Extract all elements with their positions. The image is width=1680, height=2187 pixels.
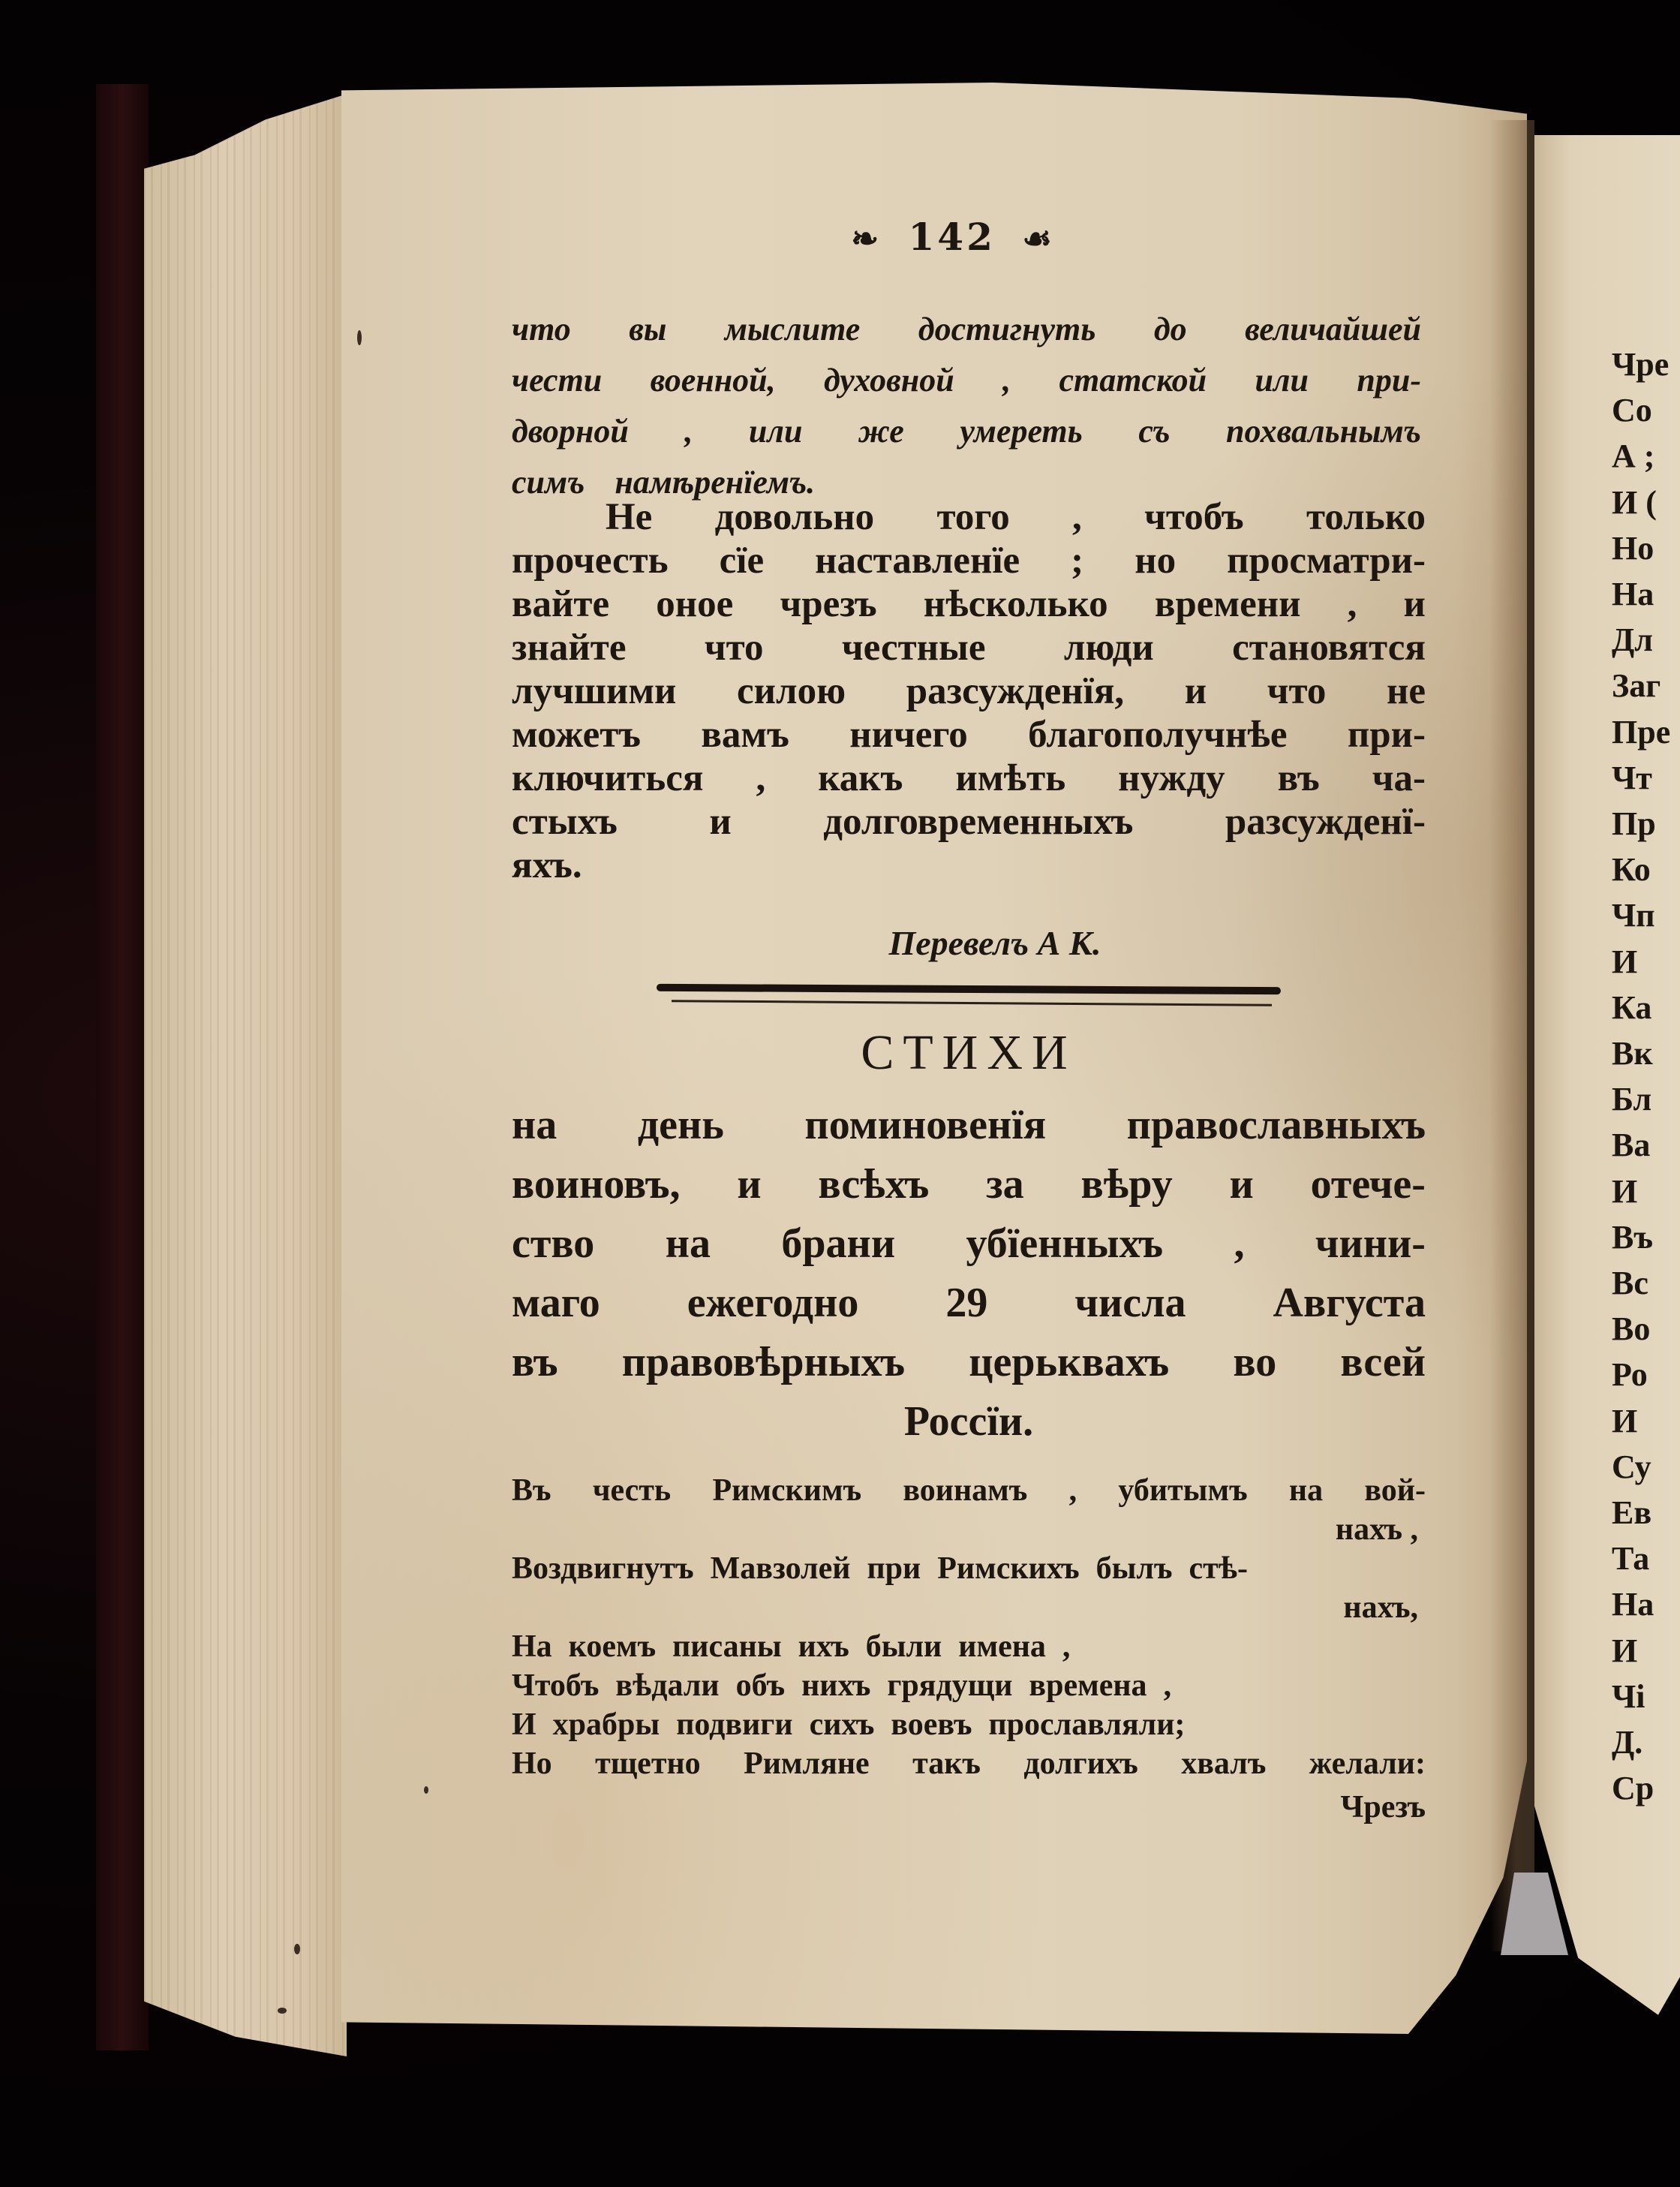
word: Римляне [744,1744,870,1783]
word: за [986,1155,1024,1214]
word: чрезъ [780,582,876,626]
text-line: магоежегодно29числаАвгуста [512,1274,1426,1333]
right-page-line: Та [1612,1536,1680,1581]
translator-signature: Перевелъ А К. [512,923,1426,963]
right-page-line: Пре [1612,709,1680,755]
word: стѣ- [1189,1549,1247,1588]
word: подвиги [676,1705,792,1744]
word: вой- [1364,1471,1426,1510]
word: дворной [512,406,629,457]
word: вѣру [1080,1155,1172,1214]
text-line: наденьпоминовенïяправославныхъ [512,1096,1426,1155]
word: и [1185,669,1207,713]
word: убïенныхъ [966,1214,1163,1274]
text-line: Россïи. [512,1392,1426,1451]
text-line: воиновъ,ивсѣхъзавѣруиотече- [512,1155,1426,1214]
word: до [1154,304,1187,355]
right-page-line: Чре [1612,341,1680,387]
paper-speck [294,1944,300,1954]
word: на [666,1214,711,1274]
verse-line: Ихрабрыподвигисихъвоевъпрославляли; [512,1705,1426,1744]
text-line: дворной,илижеумеретьсъпохвальнымъ [512,406,1421,457]
body-paragraph: Недовольнотого,чтобътолькопрочестьсïенас… [512,495,1426,887]
word: ча- [1372,757,1426,800]
word: разсужденï- [1225,800,1426,844]
word: , [1072,495,1082,539]
word: похвальнымъ [1226,406,1421,457]
word: оное [656,582,733,626]
text-line: Недовольнотого,чтобътолько [512,495,1426,539]
word: военной, [651,355,776,406]
word: что [705,626,764,669]
word: день [638,1096,724,1155]
right-page-line: Со [1612,387,1680,433]
word: времена [1029,1666,1147,1705]
section-title: СТИХИ [512,1024,1426,1081]
word: того [936,495,1009,539]
page-number: 142 [909,215,996,259]
right-page-line: Ро [1612,1352,1680,1397]
word: , [1164,1666,1172,1705]
text-line: знайтечточестныелюдистановятся [512,626,1426,669]
verse-line-wrap: нахъ , [512,1510,1426,1549]
text-line: прочестьсïенаставленïе;нопросматри- [512,539,1426,582]
word: Римскимъ [712,1471,861,1510]
text-line: лучшимисилоюразсужденïя,ичтоне [512,669,1426,713]
word: духовной [824,355,954,406]
text-line: ключиться,какъимѣтьнуждувъча- [512,757,1426,800]
word: коемъ [569,1627,656,1666]
word: объ [736,1666,785,1705]
paper-speck [357,330,362,345]
book-cover-edge [96,84,149,2050]
right-page-line: Чі [1612,1674,1680,1719]
gutter-shadow [1489,120,1534,1951]
word: въ [512,1333,558,1392]
right-page-line: Во [1612,1306,1680,1352]
right-page-line: Бл [1612,1076,1680,1122]
paper-speck [424,1786,428,1794]
word: маго [512,1274,600,1333]
word: ключиться [512,757,703,800]
word: , [1348,582,1357,626]
word: тщетно [595,1744,701,1783]
text-line: чтовымыслитедостигнутьдовеличайшей [512,304,1421,355]
word: , [1069,1471,1077,1510]
word: нихъ [801,1666,870,1705]
word: , [684,406,693,457]
text-line: стыхъидолговременныхъразсужденï- [512,800,1426,844]
right-page-line: Въ [1612,1214,1680,1260]
word: Не [606,495,652,539]
right-page-line: На [1612,1581,1680,1627]
text-line: честивоенной,духовной,статскойилипри- [512,355,1421,406]
right-page-text: ЧреСоА ;И (НоНаДлЗагПреЧтПрКоЧпИКаВкБлВа… [1612,341,1680,1812]
word: какъ [818,757,903,800]
word: поминовенïя [804,1096,1046,1155]
word: чини- [1315,1214,1426,1274]
right-page-line: Вс [1612,1260,1680,1306]
right-page-line: И [1612,1628,1680,1674]
word: благополучнѣе [1028,713,1287,757]
text-line: въправовѣрныхъцерьквахъвовсей [512,1333,1426,1392]
word: долговременныхъ [823,800,1133,844]
word: или [749,406,803,457]
poem-verse: ВъчестьРимскимъвоинамъ,убитымънавой-нахъ… [512,1471,1426,1827]
word: только [1306,495,1426,539]
word: храбры [553,1705,660,1744]
word: сïе [720,539,764,582]
word: величайшей [1245,304,1421,355]
word: Но [512,1744,552,1783]
right-page-line: Д. [1612,1719,1680,1765]
ornament-right-icon: ☙ [1022,220,1054,258]
word: Россïи. [904,1392,1033,1451]
verse-line: Накоемъписаныихъбылиимена, [512,1627,1426,1666]
word: же [858,406,904,457]
word: на [1289,1471,1323,1510]
word: люди [1064,626,1154,669]
word: силою [737,669,846,713]
word: становятся [1232,626,1426,669]
word: что [1267,669,1327,713]
right-page-line: Су [1612,1444,1680,1490]
word: воинамъ [903,1471,1027,1510]
word: воевъ [891,1705,972,1744]
word: но [1135,539,1176,582]
book-scan: ❧ 142 ☙ чтовымыслитедостигнутьдовеличайш… [0,0,1680,2187]
right-page-line: Ка [1612,985,1680,1030]
word: прочесть [512,539,669,582]
word: наставленïе [815,539,1020,582]
word: прославляли; [988,1705,1185,1744]
ornament-left-icon: ❧ [851,220,882,258]
word: ихъ [798,1627,849,1666]
word: сихъ [810,1705,875,1744]
text-line: яхъ. [512,844,1426,887]
word: на [512,1096,557,1155]
word: и [709,800,731,844]
word: лучшими [512,669,676,713]
right-page-line: Чп [1612,892,1680,938]
verse-line: ВоздвигнутъМавзолейприРимскихъбылъстѣ- [512,1549,1426,1588]
word: ство [512,1214,594,1274]
word: числа [1074,1274,1186,1333]
text-line: можетъвамъничегоблагополучнѣепри- [512,713,1426,757]
word: , [1234,1214,1244,1274]
verse-line-wrap: нахъ, [512,1588,1426,1627]
word: статской [1059,355,1207,406]
word: яхъ. [512,844,582,887]
right-page-line: Ко [1612,847,1680,892]
right-page-line: Ев [1612,1490,1680,1536]
page-stack-edges [144,90,347,2056]
catchword: Чрезъ [512,1788,1426,1827]
word: не [1387,669,1426,713]
word: нѣсколько [924,582,1108,626]
word: въ [1278,757,1320,800]
word: были [866,1627,942,1666]
word: 29 [945,1274,987,1333]
word: можетъ [512,713,641,757]
right-page-line: И [1612,1398,1680,1444]
word: воиновъ, [512,1155,681,1214]
word: мыслите [725,304,860,355]
verse-line: ВъчестьРимскимъвоинамъ,убитымънавой- [512,1471,1426,1510]
word: честные [842,626,986,669]
word: и [737,1155,761,1214]
word: убитымъ [1118,1471,1247,1510]
word: , [756,757,765,800]
word: былъ [1096,1549,1173,1588]
word: что [512,304,571,355]
word: вайте [512,582,609,626]
section-subtitle: наденьпоминовенïяправославныхъвоиновъ,ив… [512,1096,1426,1451]
word: знайте [512,626,626,669]
word: стыхъ [512,800,618,844]
word: вамъ [701,713,789,757]
word: И [512,1705,536,1744]
word: правовѣрныхъ [622,1333,905,1392]
word: Августа [1273,1274,1426,1333]
word: при- [1348,713,1426,757]
word: съ [1138,406,1170,457]
right-page-line: Дл [1612,617,1680,663]
word: церьквахъ [969,1333,1169,1392]
word: ; [1071,539,1083,582]
right-page-line: И ( [1612,480,1680,525]
word: всѣхъ [818,1155,929,1214]
word: , [1062,1627,1071,1666]
word: ничего [849,713,968,757]
verse-line: НотщетноРимлянетакъдолгихъхвалъжелали: [512,1744,1426,1783]
word: нужду [1118,757,1225,800]
right-page-line: Чт [1612,755,1680,801]
word: чтобъ [1144,495,1244,539]
word: и [1404,582,1426,626]
word: долгихъ [1023,1744,1138,1783]
text-line: вайтеоноечрезънѣскольковремени,и [512,582,1426,626]
word: вы [629,304,666,355]
word: На [512,1627,552,1666]
word: и [1230,1155,1254,1214]
word: достигнуть [918,304,1096,355]
word: во [1233,1333,1276,1392]
word: вѣдали [615,1666,719,1705]
word: , [1002,355,1011,406]
verse-line: Чтобъвѣдалиобънихъгрядущивремена, [512,1666,1426,1705]
paper-speck [278,2008,287,2014]
word: имена [958,1627,1046,1666]
italic-paragraph: чтовымыслитедостигнутьдовеличайшейчестив… [512,304,1421,508]
right-page-line: Ср [1612,1765,1680,1811]
right-page-line: Пр [1612,801,1680,847]
word: умереть [960,406,1082,457]
word: ежегодно [687,1274,859,1333]
word: грядущи [887,1666,1012,1705]
word: Въ [512,1471,551,1510]
word: писаны [672,1627,782,1666]
word: при [867,1549,921,1588]
word: Мавзолей [711,1549,851,1588]
right-page-line: На [1612,571,1680,617]
word: времени [1155,582,1301,626]
text-line: ствонабраниубïенныхъ,чини- [512,1214,1426,1274]
page-header: ❧ 142 ☙ [795,215,1110,259]
word: такъ [912,1744,981,1783]
right-page-line: Заг [1612,663,1680,708]
word: Римскихъ [937,1549,1079,1588]
right-page-line: И [1612,939,1680,985]
word: или [1255,355,1309,406]
word: довольно [715,495,875,539]
word: отече- [1311,1155,1426,1214]
word: разсужденïя, [906,669,1124,713]
word: чести [512,355,602,406]
word: честь [593,1471,671,1510]
word: имѣть [955,757,1065,800]
word: Чтобъ [512,1666,599,1705]
word: хвалъ [1181,1744,1266,1783]
right-page-line: Но [1612,525,1680,571]
word: православныхъ [1127,1096,1426,1155]
right-page-line: Вк [1612,1030,1680,1076]
word: брани [781,1214,895,1274]
word: желали: [1309,1744,1426,1783]
right-page-line: Ва [1612,1122,1680,1168]
word: всей [1340,1333,1426,1392]
word: просматри- [1227,539,1426,582]
word: Воздвигнутъ [512,1549,694,1588]
right-page-line: И [1612,1169,1680,1214]
right-page-line: А ; [1612,433,1680,479]
word: при- [1357,355,1421,406]
